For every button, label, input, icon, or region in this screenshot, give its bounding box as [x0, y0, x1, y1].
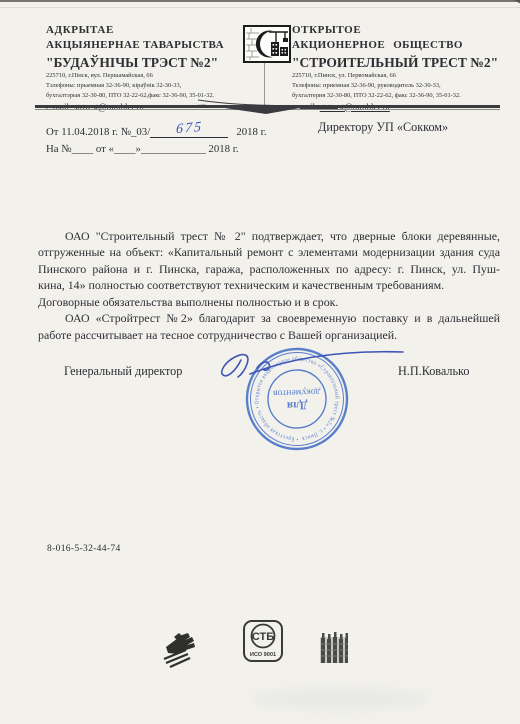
body-line: отгруженные на объект: «Капитальный ремо…: [38, 244, 500, 260]
body-line: Пинского района и г. Пинска, гаража, рас…: [38, 261, 500, 277]
body-line: ОАО «Стройтрест №2» благодарит за своевр…: [38, 310, 500, 326]
scan-edge-top-faint: [0, 7, 520, 8]
org-name-line2: АКЦЫЯНЕРНАЕ ТАВАРЫСТВА: [46, 39, 264, 51]
form-code: 8-016-5-32-44-74: [47, 543, 121, 554]
org-name-line1: АДКРЫТАЕ: [46, 24, 264, 36]
org-address: 225710, г.Пінск, вул. Першамайская, 66: [46, 72, 264, 80]
org-name-line3: "СТРОИТЕЛЬНЫЙ ТРЕСТ №2": [292, 55, 510, 70]
builder-hand-mark-icon: [152, 627, 206, 724]
outgoing-ref-prefix: От 11.04.2018 г. №_03/: [46, 126, 150, 138]
outgoing-number-blank: 675: [150, 121, 228, 138]
outgoing-ref-suffix: 2018 г.: [236, 126, 266, 138]
body-line: Договорные обязательства выполнены полно…: [38, 294, 500, 310]
letter-body: ОАО "Строительный трест № 2" подтверждае…: [38, 228, 500, 343]
org-name-line3: "БУДАЎНІЧЫ ТРЭСТ №2": [46, 55, 264, 70]
stamp-center-line1: Для: [287, 399, 308, 412]
scan-edge-top: [0, 0, 520, 2]
addressee-line: Директору УП «Сокком»: [318, 120, 448, 135]
handwritten-outgoing-number: 675: [175, 120, 203, 138]
incoming-reference-line: На №____ от «____»____________ 2018 г.: [46, 143, 239, 155]
outgoing-reference-line: От 11.04.2018 г. №_03/675 2018 г.: [46, 121, 267, 138]
stb-iso-9001-mark-icon: СТБ ИСО 9001: [241, 619, 285, 724]
director-signature-ink: [205, 338, 415, 395]
org-address: 225710, г.Пинск, ул. Первомайская, 66: [292, 72, 510, 80]
stb-mark-sub: ИСО 9001: [250, 652, 276, 658]
org-name-line2: АКЦИОНЕРНОЕ ОБЩЕСТВО: [292, 39, 510, 51]
city-buildings-mark-icon: [316, 627, 352, 724]
org-name-line1: ОТКРЫТОЕ: [292, 24, 510, 36]
body-line: ОАО "Строительный трест № 2" подтверждае…: [38, 228, 500, 244]
org-phones-1: Тэлефоны: прыемная 32-36-90, кіраўнік 32…: [46, 82, 264, 90]
company-crane-logo-icon: [243, 25, 291, 68]
signer-title: Генеральный директор: [64, 364, 182, 379]
scanned-letter-page: АДКРЫТАЕ АКЦЫЯНЕРНАЕ ТАВАРЫСТВА "БУДАЎНІ…: [0, 0, 520, 724]
body-line: кина, 14» полностью соответствуют технич…: [38, 277, 500, 293]
org-phones-1: Телефоны: приемная 32-36-90, руководител…: [292, 82, 510, 90]
stb-mark-label: СТБ: [252, 631, 274, 643]
